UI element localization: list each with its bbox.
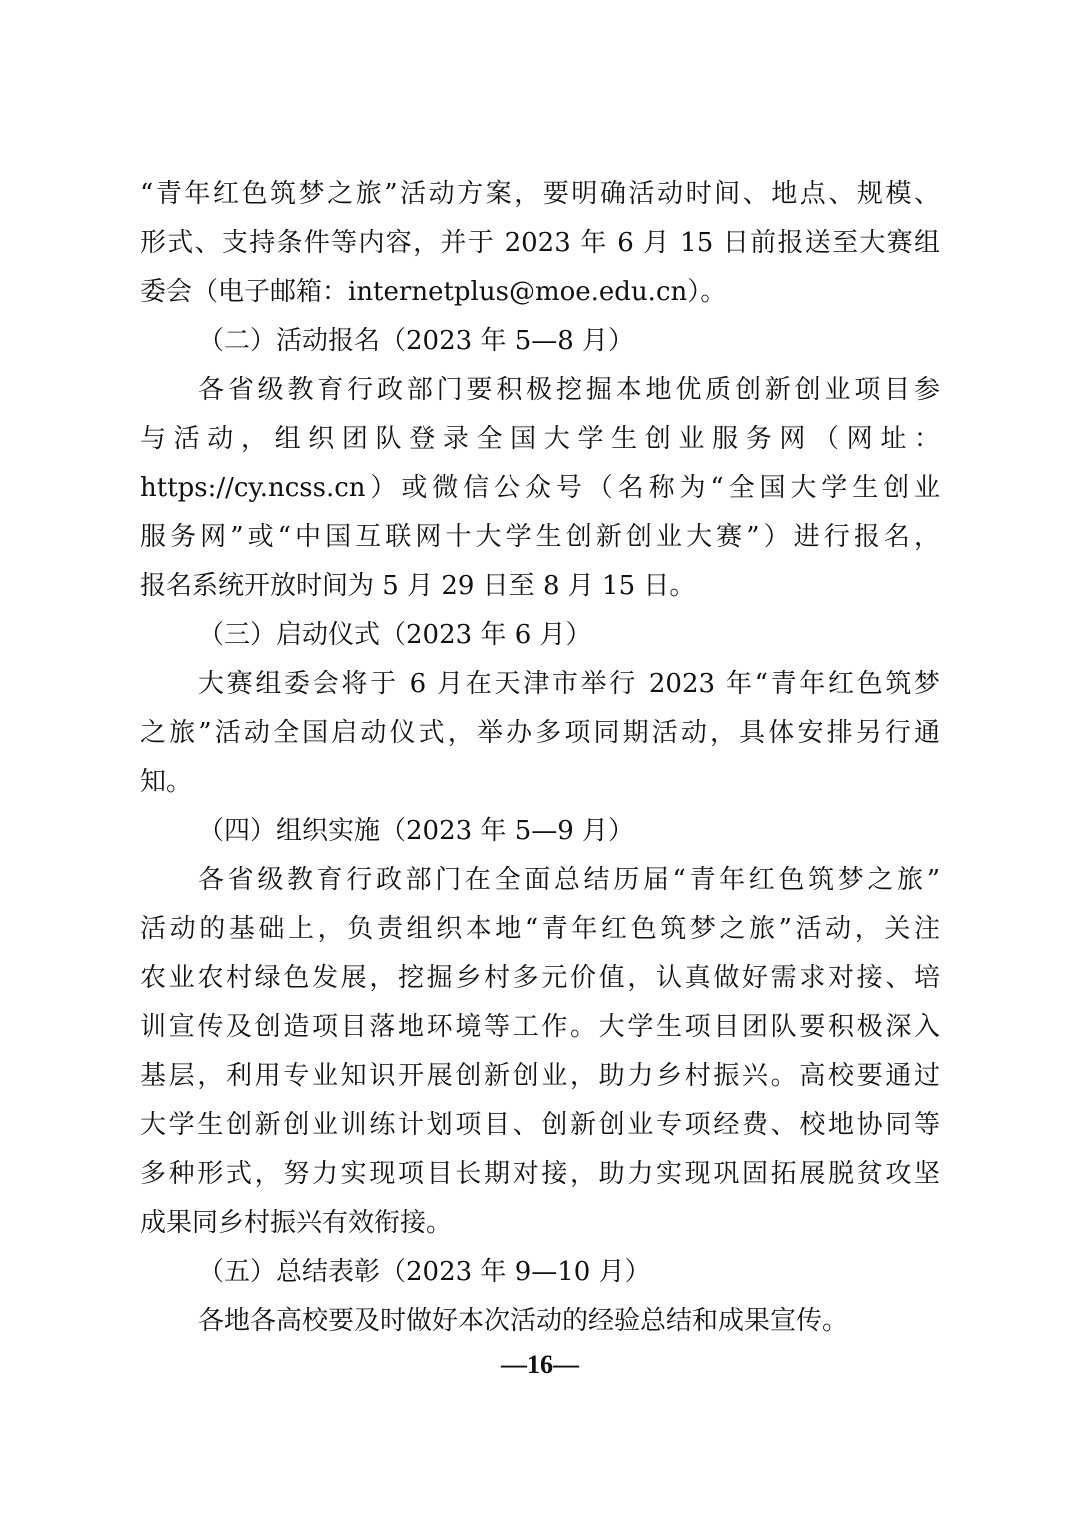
paragraph-line: “青年红色筑梦之旅”活动方案，要明确活动时间、地点、规模、	[140, 170, 940, 219]
paragraph-line: 大学生创新创业训练计划项目、创新创业专项经费、校地协同等	[140, 1101, 940, 1150]
section-heading-summary-commendation: （五）总结表彰（2023 年 9—10 月）	[140, 1248, 940, 1297]
document-body: “青年红色筑梦之旅”活动方案，要明确活动时间、地点、规模、 形式、支持条件等内容…	[140, 170, 940, 1346]
paragraph-line: 知。	[140, 758, 940, 807]
paragraph-line: 与活动，组织团队登录全国大学生创业服务网（网址：	[140, 415, 940, 464]
paragraph-line: 各地各高校要及时做好本次活动的经验总结和成果宣传。	[140, 1297, 940, 1346]
paragraph-line: https://cy.ncss.cn）或微信公众号（名称为“全国大学生创业	[140, 464, 940, 513]
paragraph-line: 农业农村绿色发展，挖掘乡村多元价值，认真做好需求对接、培	[140, 954, 940, 1003]
paragraph-line: 委会（电子邮箱：internetplus@moe.edu.cn）。	[140, 268, 940, 317]
page-number: —16—	[0, 1345, 1080, 1385]
section-heading-registration: （二）活动报名（2023 年 5—8 月）	[140, 317, 940, 366]
paragraph-line: 训宣传及创造项目落地环境等工作。大学生项目团队要积极深入	[140, 1003, 940, 1052]
paragraph-line: 形式、支持条件等内容，并于 2023 年 6 月 15 日前报送至大赛组	[140, 219, 940, 268]
paragraph-line: 之旅”活动全国启动仪式，举办多项同期活动，具体安排另行通	[140, 709, 940, 758]
paragraph-line: 基层，利用专业知识开展创新创业，助力乡村振兴。高校要通过	[140, 1052, 940, 1101]
paragraph-line: 多种形式，努力实现项目长期对接，助力实现巩固拓展脱贫攻坚	[140, 1150, 940, 1199]
section-heading-implementation: （四）组织实施（2023 年 5—9 月）	[140, 807, 940, 856]
paragraph-line: 各省级教育行政部门要积极挖掘本地优质创新创业项目参	[140, 366, 940, 415]
document-page: “青年红色筑梦之旅”活动方案，要明确活动时间、地点、规模、 形式、支持条件等内容…	[0, 0, 1080, 1527]
paragraph-line: 服务网”或“中国互联网十大学生创新创业大赛”）进行报名，	[140, 513, 940, 562]
paragraph-line: 活动的基础上，负责组织本地“青年红色筑梦之旅”活动，关注	[140, 905, 940, 954]
paragraph-line: 报名系统开放时间为 5 月 29 日至 8 月 15 日。	[140, 562, 940, 611]
paragraph-line: 各省级教育行政部门在全面总结历届“青年红色筑梦之旅”	[140, 856, 940, 905]
paragraph-line: 成果同乡村振兴有效衔接。	[140, 1199, 940, 1248]
section-heading-launch-ceremony: （三）启动仪式（2023 年 6 月）	[140, 611, 940, 660]
paragraph-line: 大赛组委会将于 6 月在天津市举行 2023 年“青年红色筑梦	[140, 660, 940, 709]
